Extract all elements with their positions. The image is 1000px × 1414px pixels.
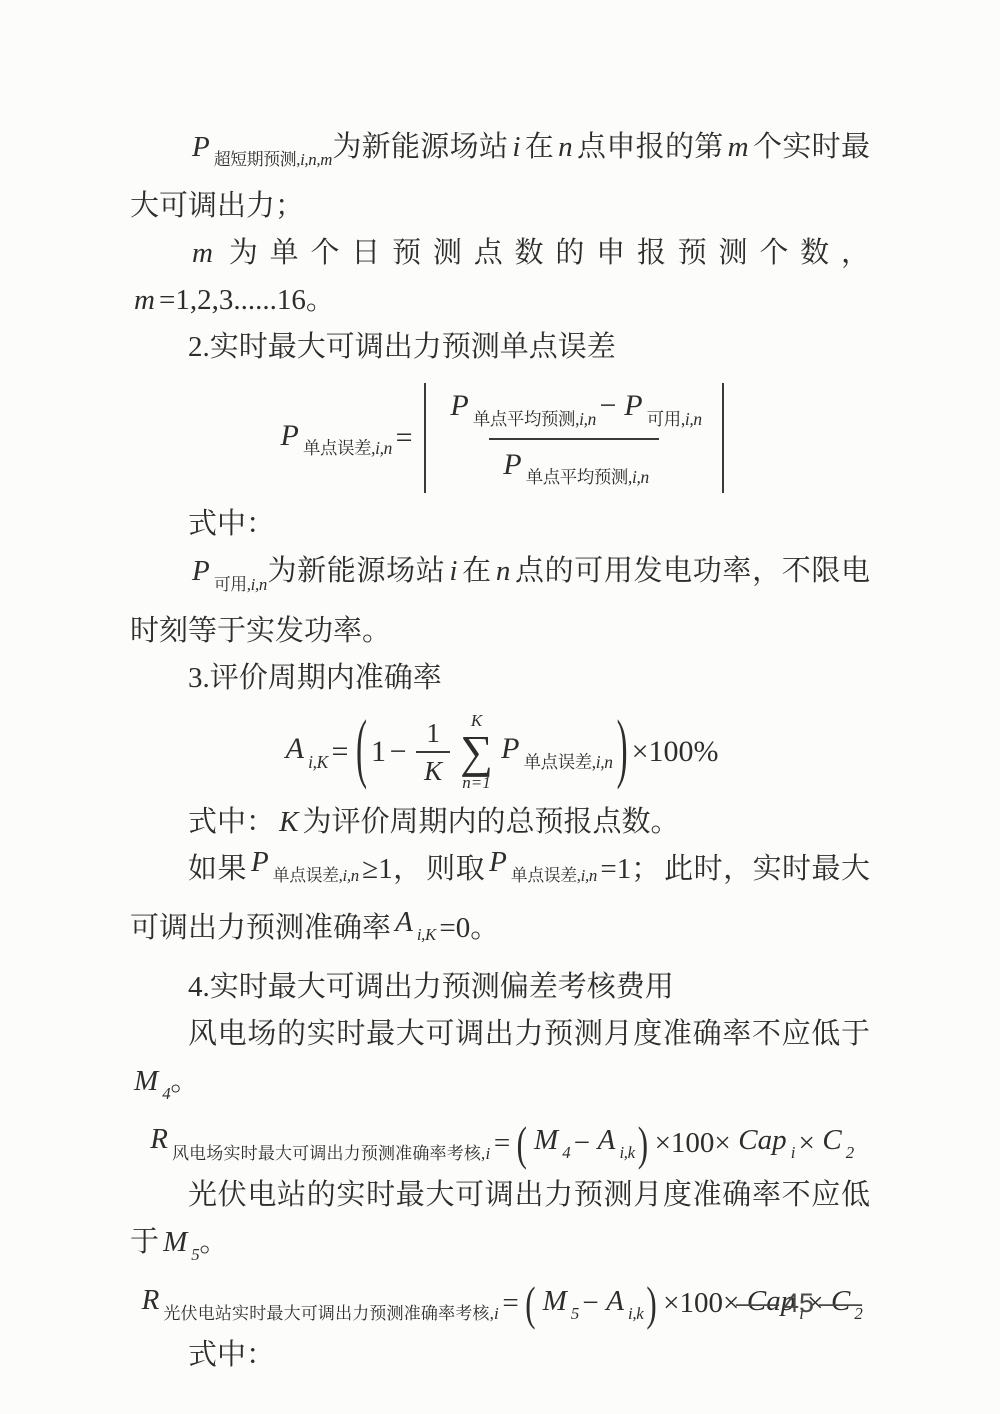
subscript-it: i,n (579, 409, 596, 429)
subscript: 4 (562, 1143, 570, 1162)
subscript-it: i,n (685, 409, 702, 429)
subscript-cn: 单点误差, (303, 438, 375, 458)
subscript: 单点平均预测,i,n (526, 467, 649, 487)
subscript: 光伏电站实时最大可调出力预测准确率考核,i (163, 1304, 499, 1324)
var-A: A (594, 1124, 620, 1156)
subscript-cn: 单点误差, (524, 752, 596, 772)
fraction: P单点平均预测,i,n−P可用,i,n P单点平均预测,i,n (436, 387, 712, 489)
subscript-cn: 超短期预测, (214, 150, 300, 169)
sum-lower-limit: n=1 (462, 774, 490, 793)
heading-accuracy: 3.评价周期内准确率 (130, 655, 870, 702)
math-var-p-error: P单点误差,i,n (247, 839, 359, 898)
close-paren: ) (646, 1276, 656, 1331)
text-run: 点申报的第 (577, 131, 724, 163)
paragraph-p-ultrashort-def: P超短期预测,i,n,m为新能源场站i在n点申报的第m个实时最大可调出力； (130, 124, 870, 230)
math-var-p-error: P单点误差,i,n (485, 839, 597, 898)
math-var: P单点平均预测,i,n (499, 448, 649, 488)
text-run: 为新能源场站 (267, 555, 445, 587)
subscript-it: i,n,m (300, 150, 332, 169)
subscript: i,k (619, 1143, 634, 1162)
var-P: P (497, 732, 524, 765)
text-run: 为单个日预测点数的申报预测个数， (217, 237, 870, 269)
heading-assessment-fee: 4.实时最大可调出力预测偏差考核费用 (130, 964, 870, 1011)
minus-sign: − (579, 1287, 602, 1320)
var-C: C (818, 1124, 845, 1156)
numerator: 1 (418, 720, 448, 751)
geq-one: ≥1， (359, 853, 426, 885)
var-n: n (554, 131, 577, 163)
math-var-M4: M4 (530, 1124, 570, 1163)
formula-wind-assessment: R风电场实时最大可调出力预测准确率考核,i = ( M4 − Ai,k ) ×1… (130, 1123, 870, 1163)
absolute-value-group: P单点平均预测,i,n−P可用,i,n P单点平均预测,i,n (424, 383, 724, 493)
var-A: A (391, 906, 417, 938)
math-var-p-ultrashort: P超短期预测,i,n,m (188, 124, 332, 183)
times-100-percent: ×100% (632, 735, 719, 770)
var-m: m (188, 237, 217, 269)
page-number-dash-right: — (819, 1288, 862, 1319)
document-page: P超短期预测,i,n,m为新能源场站i在n点申报的第m个实时最大可调出力； m为… (0, 0, 1000, 1414)
subscript: 2 (846, 1143, 854, 1162)
var-M: M (130, 1065, 162, 1097)
var-M: M (539, 1285, 571, 1317)
var-P: P (620, 389, 647, 422)
math-var-M4: M4 (130, 1058, 170, 1117)
var-A: A (602, 1285, 628, 1317)
text-run: 如果 (188, 853, 247, 885)
summation: K∑n=1 (460, 712, 493, 793)
text-run: 为评价周期内的总预报点数。 (302, 806, 679, 838)
subscript-cn: 单点平均预测, (473, 409, 579, 429)
equals-one: =1； (597, 853, 664, 885)
math-var-Cap: Capi (734, 1124, 795, 1163)
fraction-1-over-K: 1K (416, 720, 450, 785)
equals-sign: = (490, 1127, 513, 1160)
subscript-it: i,n (343, 866, 359, 885)
math-lhs: P单点误差,i,n (276, 419, 392, 459)
subscript: 单点平均预测,i,n (473, 409, 596, 429)
var-P: P (499, 448, 526, 481)
label-formula-legend-1: 式中： (130, 501, 870, 548)
subscript: 单点误差,i,n (273, 852, 359, 899)
times-sign: × (795, 1127, 818, 1160)
text-run: 。 (170, 1065, 199, 1097)
open-paren: ( (517, 1116, 527, 1171)
var-i: i (445, 555, 461, 587)
var-m: m (130, 284, 159, 316)
close-paren: ) (638, 1116, 648, 1171)
minus-sign: − (570, 1127, 593, 1160)
var-P: P (188, 131, 214, 163)
subscript-cn: 风电场实时最大可调出力预测准确率考核, (172, 1144, 485, 1163)
number-one: 1 (371, 735, 386, 770)
open-paren: ( (356, 708, 367, 797)
subscript: 5 (571, 1304, 579, 1323)
subscript: 单点误差,i,n (524, 752, 613, 772)
subscript-cn: 单点误差, (273, 866, 343, 885)
label-formula-legend-2: 式中： (130, 1332, 870, 1379)
page-number: — 45 — (744, 1288, 854, 1319)
equals-sign: = (328, 735, 352, 770)
math-var-p-available: P可用,i,n (188, 548, 267, 607)
var-P: P (485, 846, 511, 878)
formula-accuracy: Ai,K = ( 1 − 1K K∑n=1 P单点误差,i,n ) ×100% (130, 712, 870, 793)
math-lhs: R光伏电站实时最大可调出力预测准确率考核,i (138, 1284, 499, 1324)
var-i: i (508, 131, 524, 163)
subscript: 单点误差,i,n (511, 852, 597, 899)
subscript: 风电场实时最大可调出力预测准确率考核,i (172, 1144, 490, 1164)
math-var: P单点平均预测,i,n (446, 389, 596, 429)
equals-sign: = (499, 1287, 522, 1320)
text-run: =1,2,3......16。 (159, 284, 335, 316)
var-P: P (188, 555, 214, 587)
var-M: M (159, 1226, 191, 1258)
subscript-cn: 可用, (214, 575, 251, 594)
var-K: K (275, 806, 302, 838)
close-paren: ) (617, 708, 628, 797)
minus-sign: − (386, 735, 410, 770)
math-m-values: m=1,2,3......16。 (130, 277, 335, 324)
text-run: 。 (199, 1226, 228, 1258)
times-100: ×100× (660, 1287, 743, 1320)
heading-single-point-error: 2.实时最大可调出力预测单点误差 (130, 324, 870, 371)
var-Cap: Cap (734, 1124, 790, 1156)
text-run: 在 (462, 555, 492, 587)
math-lhs: Ai,K (281, 732, 327, 772)
subscript-it: i,n (375, 438, 392, 458)
paragraph-p-available-def: P可用,i,n为新能源场站i在n点的可用发电功率，不限电时刻等于实发功率。 (130, 548, 870, 654)
var-P: P (247, 846, 273, 878)
math-var-p-error: P单点误差,i,n (497, 732, 613, 772)
subscript: 单点误差,i,n (303, 438, 392, 458)
paragraph-pv-requirement: 光伏电站的实时最大可调出力预测月度准确率不应低于M5。 (130, 1172, 870, 1278)
var-R: R (138, 1284, 164, 1316)
page-number-value: 45 (784, 1288, 814, 1319)
paragraph-condition: 如果P单点误差,i,n≥1，则取P单点误差,i,n=1；此时，实时最大可调出力预… (130, 846, 870, 965)
var-n: n (492, 555, 515, 587)
text-run: 为新能源场站 (332, 131, 508, 163)
minus-sign: − (596, 389, 620, 424)
text-run: 光伏电站的实时最大可调出力预测月度准确率不应低于 (130, 1179, 870, 1258)
equals-zero: =0。 (436, 912, 503, 944)
math-var-M5: M5 (159, 1219, 199, 1278)
math-lhs: R风电场实时最大可调出力预测准确率考核,i (146, 1123, 490, 1163)
math-var-A: Ai,k (602, 1285, 643, 1324)
subscript: i,K (417, 911, 436, 958)
subscript-it: i,n (596, 752, 613, 772)
equals-sign: = (392, 421, 416, 456)
math-var: P可用,i,n (620, 389, 702, 429)
paragraph-m-def: m为单个日预测点数的申报预测个数，m=1,2,3......16。 (130, 230, 870, 324)
text-run: 风电场的实时最大可调出力预测月度准确率不应低于 (188, 1018, 870, 1050)
subscript: i,k (628, 1304, 643, 1323)
numerator: P单点平均预测,i,n−P可用,i,n (436, 387, 712, 438)
subscript-cn: 单点平均预测, (526, 467, 632, 487)
subscript-it: i,n (632, 467, 649, 487)
open-paren: ( (525, 1276, 535, 1331)
times-100: ×100× (651, 1127, 734, 1160)
subscript-cn: 单点误差, (511, 866, 581, 885)
subscript-cn: 光伏电站实时最大可调出力预测准确率考核, (163, 1304, 494, 1323)
paragraph-wind-requirement: 风电场的实时最大可调出力预测月度准确率不应低于M4。 (130, 1011, 870, 1117)
subscript-cn: 可用, (647, 409, 685, 429)
var-m: m (724, 131, 753, 163)
var-P: P (276, 419, 303, 452)
formula-single-point-error: P单点误差,i,n = P单点平均预测,i,n−P可用,i,n P单点平均预测,… (130, 383, 870, 493)
var-A: A (281, 732, 308, 765)
var-P: P (446, 389, 473, 422)
page-number-dash-left: — (736, 1288, 779, 1319)
denominator: P单点平均预测,i,n (489, 438, 659, 490)
math-var-C2: C2 (818, 1124, 854, 1163)
text-run: 在 (524, 131, 554, 163)
subscript: 超短期预测,i,n,m (214, 136, 332, 183)
text-run: 式中： (188, 806, 275, 838)
subscript: 可用,i,n (647, 409, 702, 429)
var-M: M (530, 1124, 562, 1156)
subscript-it: i,n (581, 866, 597, 885)
math-var-A: Ai,K (391, 899, 436, 958)
math-var-M5: M5 (539, 1285, 579, 1324)
denominator: K (416, 751, 450, 785)
var-R: R (146, 1123, 172, 1155)
subscript: 可用,i,n (214, 561, 267, 608)
subscript-it: i,n (251, 575, 267, 594)
text-run: 则取 (426, 853, 485, 885)
sigma-symbol: ∑ (460, 730, 493, 774)
math-var-A: Ai,k (594, 1124, 635, 1163)
subscript: i,K (308, 752, 328, 772)
